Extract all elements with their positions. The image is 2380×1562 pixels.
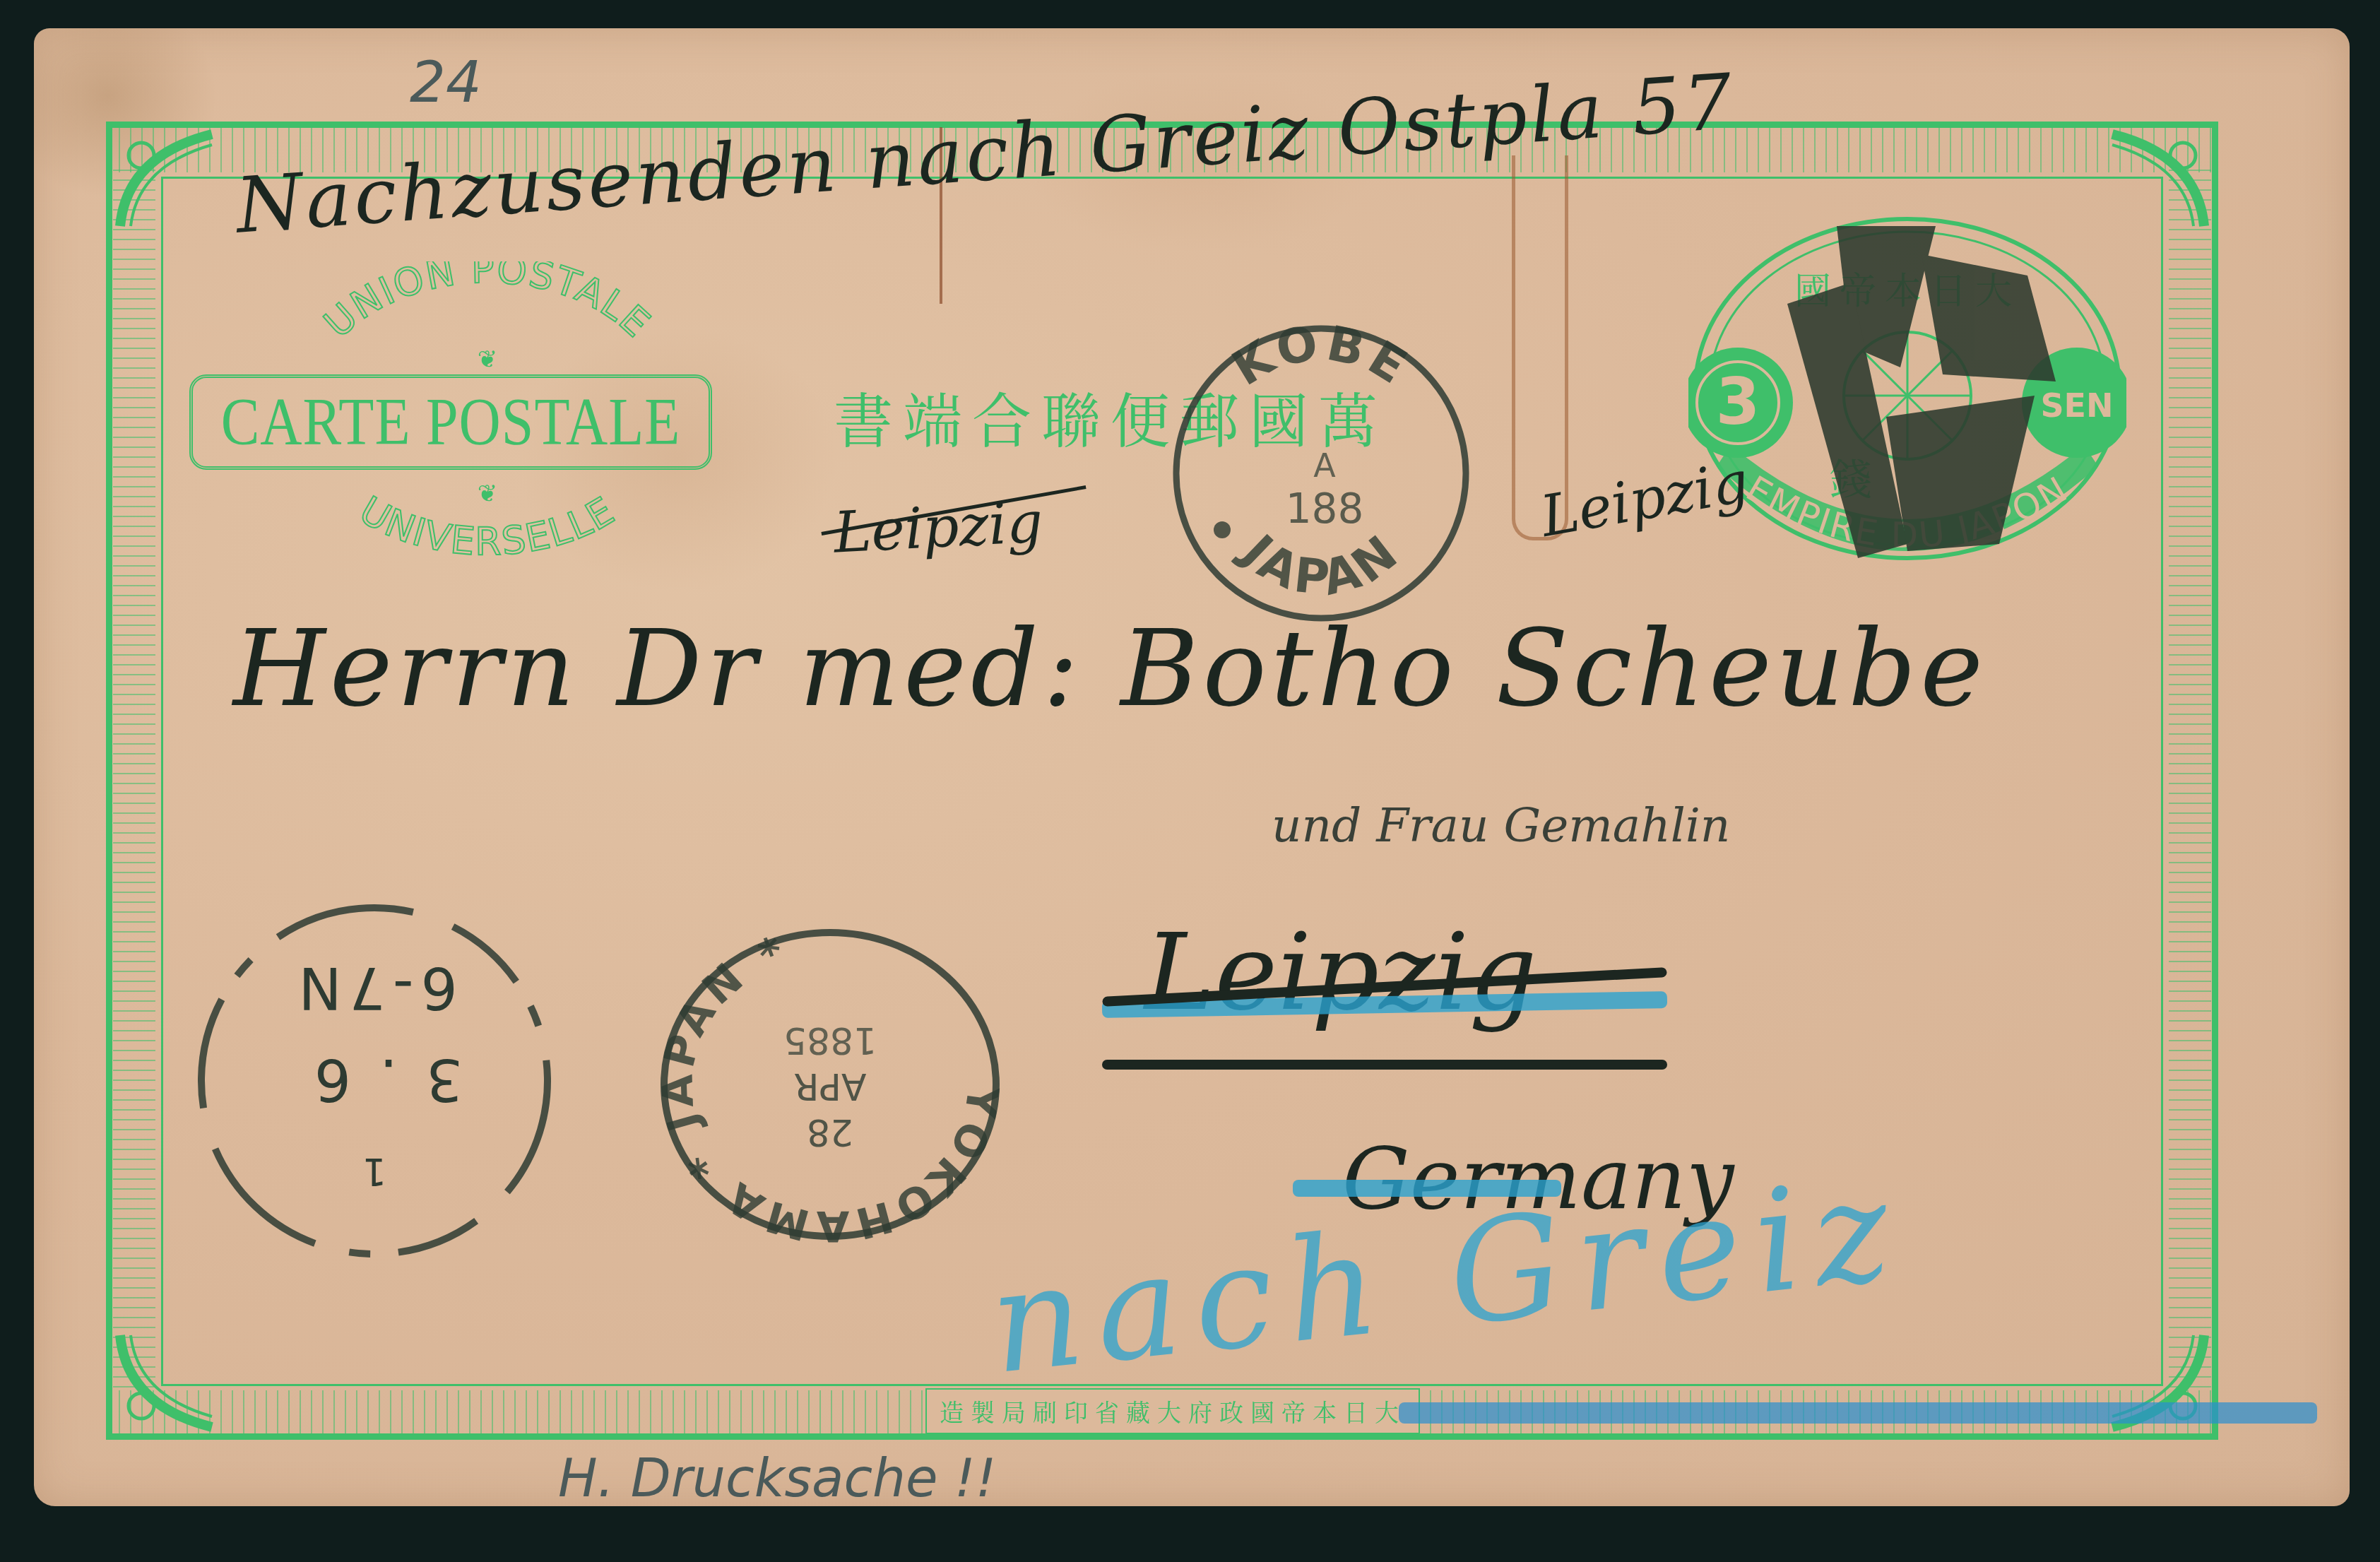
svg-text:JAPAN: JAPAN (1229, 523, 1411, 607)
stamp-value-numeral: 3 (1716, 365, 1760, 439)
corner-ornament-icon (113, 127, 219, 233)
yokohama-postmark-day: 28 (807, 1111, 853, 1153)
svg-text:UNION POSTALE: UNION POSTALE (316, 261, 660, 346)
kobe-postmark-line1: A (1313, 446, 1336, 485)
arrival-postmark: 1 3.6 6-7N (184, 890, 565, 1272)
yokohama-postmark: YOKOHAMA * JAPAN * 28 APR 1885 (657, 925, 1003, 1243)
arrival-postmark-line2: 3.6 (286, 1046, 463, 1113)
pencil-note-top: 24 (410, 49, 482, 115)
addressee-line-2: und Frau Gemahlin (1272, 798, 1730, 853)
imprinted-stamp: 3 SEN 國帝本日大 錢 EMPIRE DU JAPON (1688, 212, 2126, 608)
blue-crayon-underline (1399, 1402, 2317, 1424)
kobe-postmark-year: 188 (1286, 485, 1364, 533)
stamp-value-unit: SEN (2040, 386, 2113, 425)
carte-postale-label: CARTE POSTALE (189, 374, 712, 470)
frame-guilloche-left (113, 170, 155, 1392)
frame-guilloche-right (2169, 170, 2211, 1392)
svg-text:❦: ❦ (478, 480, 498, 508)
kobe-postmark: KOBE JAPAN A 188 (1166, 318, 1476, 629)
yokohama-postmark-month: APR (793, 1065, 866, 1107)
black-strike-line (1102, 1060, 1667, 1070)
arrival-postmark-line3: 1 (362, 1149, 386, 1194)
svg-text:❦: ❦ (478, 345, 498, 374)
arrival-postmark-line1: 6-7N (291, 954, 457, 1021)
pencil-note-bottom: H. Drucksache !! (558, 1448, 996, 1509)
carte-postale-text: CARTE POSTALE (221, 384, 681, 460)
yokohama-postmark-year: 1885 (783, 1019, 877, 1061)
corner-ornament-icon (113, 1328, 219, 1434)
union-postale-text: UNION POSTALE (316, 261, 660, 346)
addressee-name: Herrn Dr med: Botho Scheube (233, 608, 1987, 730)
kobe-postmark-bottom: JAPAN (1229, 523, 1411, 607)
